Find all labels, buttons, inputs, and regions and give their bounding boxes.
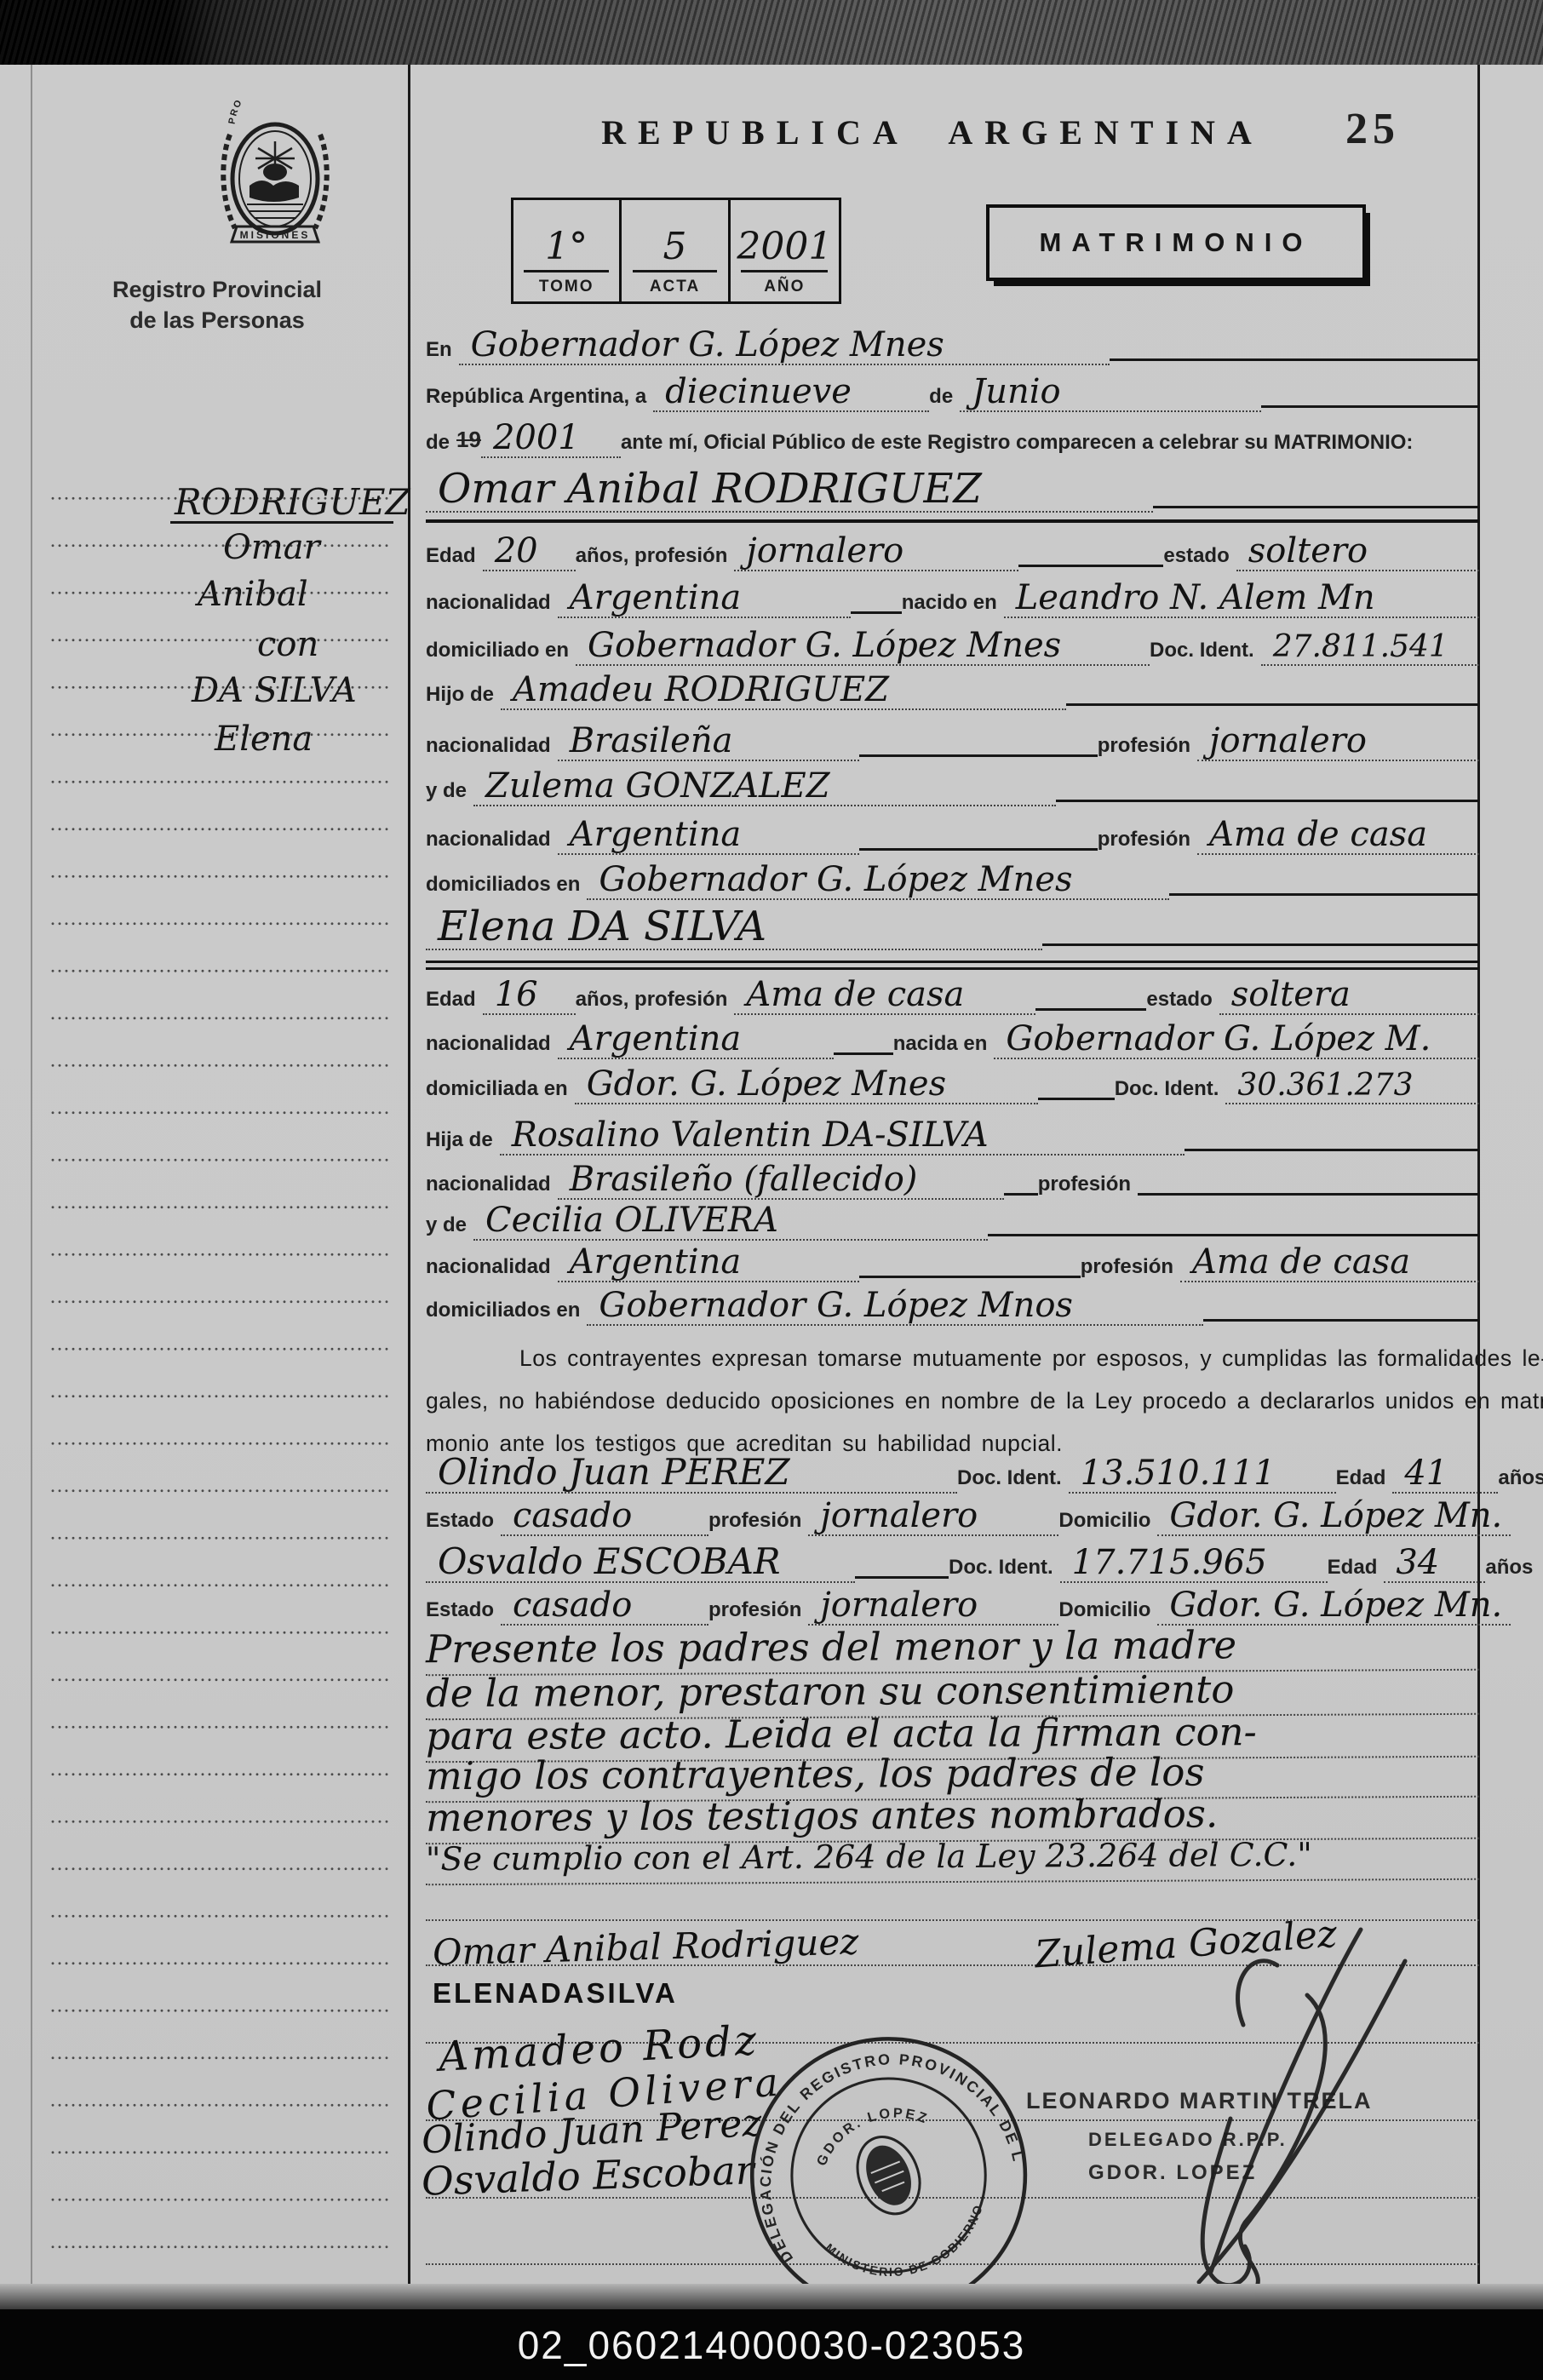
value-bride-age: 16	[483, 978, 576, 1015]
margin-index-name1: Omar	[223, 528, 320, 567]
margin-index-surname-groom: RODRIGUEZ	[175, 481, 410, 523]
label-nacionalidad: nacionalidad	[426, 1032, 558, 1059]
value-groom-father-nationality: Brasileña	[558, 724, 859, 761]
value-witness2-domicile: Gdor. G. López Mn.	[1157, 1588, 1511, 1626]
label-nacionalidad: nacionalidad	[426, 828, 558, 855]
row-bride-father-nationality: nacionalidad Brasileño (fallecido) profe…	[426, 1156, 1479, 1200]
label-doc-ident: Doc. Ident.	[949, 1556, 1060, 1583]
row-bride-domicile: domiciliada en Gdor. G. López Mnes Doc. …	[426, 1060, 1479, 1104]
row-bride-mother: y de Cecilia OLIVERA	[426, 1196, 1479, 1241]
row-witness1-name: Olindo Juan PEREZ Doc. Ident. 13.510.111…	[426, 1449, 1479, 1494]
row-bride-age: Edad 16 años, profesión Ama de casa esta…	[426, 971, 1479, 1015]
label-domiciliados-en: domiciliados en	[426, 1299, 587, 1326]
row-bride-nationality: nacionalidad Argentina nacida en Goberna…	[426, 1015, 1479, 1059]
label-de: de	[426, 431, 456, 458]
margin-index-name2: Anibal	[198, 575, 308, 614]
seal-banner-text: MISIONES	[240, 229, 311, 241]
label-profesion: profesión	[1098, 734, 1197, 761]
seal-landscape	[250, 181, 299, 202]
acta-cell: 5 ACTA	[622, 200, 730, 301]
fill-stroke	[859, 754, 1098, 757]
fill-stroke	[1018, 565, 1163, 567]
fill-stroke	[1110, 358, 1479, 361]
label-y-de: y de	[426, 779, 473, 806]
label-doc-ident: Doc. Ident.	[957, 1466, 1069, 1494]
page-fold-line	[31, 65, 32, 2284]
clause-line2: gales, no habiéndose deducido oposicione…	[426, 1388, 1479, 1414]
row-witness1-details: Estado casado profesión jornalero Domici…	[426, 1492, 1479, 1536]
label-edad: Edad	[426, 988, 483, 1015]
label-nacida-en: nacida en	[893, 1032, 995, 1059]
label-profesion: profesión	[1081, 1255, 1180, 1282]
label-nacionalidad: nacionalidad	[426, 1255, 558, 1282]
label-anos-profesion: años, profesión	[576, 988, 735, 1015]
label-estado-cap: Estado	[426, 1509, 501, 1536]
label-edad: Edad	[1336, 1466, 1393, 1494]
row-bride-parents-domicile: domiciliados en Gobernador G. López Mnos	[426, 1282, 1479, 1326]
ano-value: 2001	[741, 200, 828, 272]
label-anos: años	[1485, 1556, 1540, 1583]
page-number: 25	[1345, 104, 1400, 154]
row-bride-name: Elena DA SILVA	[426, 903, 1479, 950]
value-groom-doc: 27.811.541	[1261, 632, 1479, 666]
value-bride-parents-domicile: Gobernador G. López Mnos	[587, 1288, 1203, 1326]
tomo-label: TOMO	[539, 272, 594, 301]
label-estado: estado	[1163, 544, 1236, 571]
misiones-province-seal: PROVINCIA MISIONES	[211, 100, 339, 271]
row-groom-parents-domicile: domiciliados en Gobernador G. López Mnes	[426, 856, 1479, 900]
margin-index-con: con	[257, 625, 318, 664]
value-witness2-age: 34	[1384, 1546, 1485, 1583]
row-groom-father: Hijo de Amadeu RODRIGUEZ	[426, 666, 1479, 710]
value-witness2-name: Osvaldo ESCOBAR	[426, 1544, 855, 1583]
label-edad: Edad	[426, 544, 483, 571]
tomo-cell: 1° TOMO	[513, 200, 622, 301]
label-hija-de: Hija de	[426, 1128, 500, 1156]
value-groom-birthplace: Leandro N. Alem Mn	[1004, 581, 1479, 618]
label-domiciliada-en: domiciliada en	[426, 1077, 575, 1104]
value-bride-birthplace: Gobernador G. López M.	[994, 1022, 1479, 1059]
label-profesion: profesión	[708, 1509, 808, 1536]
value-groom-father-profession: jornalero	[1197, 724, 1479, 761]
clause-line1: Los contrayentes expresan tomarse mutuam…	[426, 1345, 1543, 1372]
label-nacionalidad: nacionalidad	[426, 734, 558, 761]
seal-arc-text: PROVINCIA	[227, 100, 277, 125]
value-month: Junio	[960, 375, 1261, 412]
closing-handwritten-quote: "Se cumplio con el Art. 264 de la Ley 23…	[426, 1832, 1479, 1885]
value-groom-name: Omar Anibal RODRIGUEZ	[426, 468, 1153, 513]
value-day: diecinueve	[653, 375, 929, 412]
registry-name-line2: de las Personas	[47, 305, 387, 335]
margin-divider-line	[408, 65, 410, 2284]
value-bride-father: Rosalino Valentin DA-SILVA	[500, 1118, 1184, 1156]
fill-stroke	[859, 848, 1098, 851]
fill-stroke	[1056, 800, 1479, 802]
fill-stroke	[1153, 506, 1479, 508]
row-witness2-name: Osvaldo ESCOBAR Doc. Ident. 17.715.965 E…	[426, 1539, 1479, 1583]
signature-bride: ELENADASILVA	[433, 1977, 678, 2010]
value-groom-profession: jornalero	[734, 534, 1018, 571]
page-edge-shadow	[0, 2284, 1543, 2309]
scan-top-background	[0, 0, 1543, 65]
value-bride-nationality: Argentina	[558, 1022, 834, 1059]
fill-stroke	[834, 1052, 893, 1055]
ano-cell: 2001 AÑO	[731, 200, 839, 301]
label-domicilio: Domicilio	[1058, 1509, 1157, 1536]
scan-id-text: 02_060214000030-023053	[518, 2322, 1026, 2368]
row-bride-father: Hija de Rosalino Valentin DA-SILVA	[426, 1111, 1479, 1156]
label-domicilio: Domicilio	[1058, 1598, 1157, 1626]
label-nacido-en: nacido en	[902, 591, 1004, 618]
fill-stroke	[1203, 1319, 1479, 1322]
row-groom-name: Omar Anibal RODRIGUEZ	[426, 463, 1479, 513]
label-y-de: y de	[426, 1213, 473, 1241]
value-bride-mother-profession: Ama de casa	[1180, 1245, 1479, 1282]
fill-stroke	[851, 611, 902, 614]
label-profesion: profesión	[708, 1598, 808, 1626]
label-en: En	[426, 338, 459, 365]
fill-stroke	[1004, 1193, 1038, 1196]
row-groom-father-nationality: nacionalidad Brasileña profesión jornale…	[426, 717, 1479, 761]
value-witness2-status: casado	[501, 1588, 708, 1626]
row-groom-mother: y de Zulema GONZALEZ	[426, 762, 1479, 806]
ano-label: AÑO	[764, 272, 805, 301]
label-doc-ident: Doc. Ident.	[1150, 639, 1261, 666]
acta-label: ACTA	[650, 272, 700, 301]
fill-stroke	[988, 1234, 1479, 1236]
row-witness2-details: Estado casado profesión jornalero Domici…	[426, 1581, 1479, 1626]
value-groom-mother: Zulema GONZALEZ	[473, 769, 1056, 806]
row-groom-mother-nationality: nacionalidad Argentina profesión Ama de …	[426, 811, 1479, 855]
fill-stroke	[859, 1276, 1081, 1278]
officer-signature-flourish	[1150, 1914, 1490, 2306]
section-divider-line	[426, 519, 1479, 523]
fill-stroke	[1169, 893, 1479, 896]
value-year: 2001	[481, 421, 621, 458]
page-title: REPUBLICA ARGENTINA	[443, 112, 1422, 152]
section-divider-line	[426, 967, 1479, 970]
value-witness1-status: casado	[501, 1499, 708, 1536]
acta-reference-table: 1° TOMO 5 ACTA 2001 AÑO	[511, 198, 841, 304]
label-hijo-de: Hijo de	[426, 683, 501, 710]
matrimonio-label: MATRIMONIO	[1040, 227, 1313, 258]
label-comparecen: ante mí, Oficial Público de este Registr…	[621, 431, 1420, 458]
row-groom-age: Edad 20 años, profesión jornalero estado…	[426, 527, 1479, 571]
margin-index-name-bride: Elena	[215, 720, 313, 759]
printed-year-struck: 19	[456, 427, 481, 458]
row-place: En Gobernador G. López Mnes	[426, 321, 1479, 365]
label-estado-cap: Estado	[426, 1598, 501, 1626]
value-witness1-domicile: Gdor. G. López Mn.	[1157, 1499, 1511, 1536]
fill-stroke	[1035, 1008, 1146, 1011]
fill-stroke	[855, 1576, 949, 1579]
row-groom-domicile: domiciliado en Gobernador G. López Mnes …	[426, 622, 1479, 666]
registry-name: Registro Provincial de las Personas	[47, 274, 387, 335]
value-bride-name: Elena DA SILVA	[426, 906, 1042, 950]
label-anos-profesion: años, profesión	[576, 544, 735, 571]
acta-value: 5	[633, 200, 717, 272]
value-groom-parents-domicile: Gobernador G. López Mnes	[587, 863, 1169, 900]
scan-footer-band: 02_060214000030-023053	[0, 2309, 1543, 2380]
value-witness1-doc: 13.510.111	[1069, 1456, 1336, 1494]
tomo-value: 1°	[524, 200, 608, 272]
value-bride-father-nationality: Brasileño (fallecido)	[558, 1162, 1004, 1200]
fill-stroke-empty-profession	[1138, 1193, 1479, 1196]
value-witness2-doc: 17.715.965	[1060, 1546, 1328, 1583]
label-nacionalidad: nacionalidad	[426, 591, 558, 618]
value-witness1-age: 41	[1392, 1456, 1498, 1494]
value-groom-age: 20	[483, 534, 576, 571]
label-domiciliado-en: domiciliado en	[426, 639, 576, 666]
value-groom-mother-profession: Ama de casa	[1197, 817, 1479, 855]
row-bride-mother-nationality: nacionalidad Argentina profesión Ama de …	[426, 1238, 1479, 1282]
svg-text:PROVINCIA: PROVINCIA	[227, 100, 277, 125]
fill-stroke	[1042, 943, 1479, 946]
matrimonio-box: MATRIMONIO	[986, 204, 1366, 281]
value-bride-mother-nationality: Argentina	[558, 1245, 859, 1282]
label-edad: Edad	[1328, 1556, 1385, 1583]
row-date: República Argentina, a diecinueve de Jun…	[426, 368, 1479, 412]
label-profesion: profesión	[1098, 828, 1197, 855]
section-divider-line	[426, 961, 1479, 963]
fill-stroke	[1184, 1149, 1479, 1151]
value-groom-status: soltero	[1236, 534, 1479, 571]
fill-stroke	[1038, 1098, 1115, 1100]
value-groom-mother-nationality: Argentina	[558, 817, 859, 855]
value-witness1-name: Olindo Juan PEREZ	[426, 1454, 957, 1494]
value-bride-mother: Cecilia OLIVERA	[473, 1203, 988, 1241]
margin-index-surname-bride: DA SILVA	[192, 671, 357, 710]
value-place: Gobernador G. López Mnes	[459, 328, 1110, 365]
value-groom-domicile: Gobernador G. López Mnes	[576, 628, 1150, 666]
label-republica: República Argentina, a	[426, 385, 653, 412]
value-groom-nationality: Argentina	[558, 581, 851, 618]
fill-stroke	[1066, 703, 1479, 706]
label-de: de	[929, 385, 960, 412]
value-witness2-profession: jornalero	[808, 1588, 1058, 1626]
label-anos: años	[1498, 1466, 1543, 1494]
registry-name-line1: Registro Provincial	[47, 274, 387, 305]
value-bride-profession: Ama de casa	[734, 978, 1035, 1015]
fill-stroke	[1261, 405, 1479, 408]
label-estado: estado	[1146, 988, 1219, 1015]
scanned-marriage-certificate: PROVINCIA MISIONES Registro Provincial d…	[0, 0, 1543, 2380]
label-domiciliados-en: domiciliados en	[426, 873, 587, 900]
value-witness1-profession: jornalero	[808, 1499, 1058, 1536]
value-bride-domicile: Gdor. G. López Mnes	[575, 1067, 1038, 1104]
row-groom-nationality: nacionalidad Argentina nacido en Leandro…	[426, 574, 1479, 618]
value-bride-status: soltera	[1219, 978, 1479, 1015]
row-year: de 19 2001 ante mí, Oficial Público de e…	[426, 417, 1479, 458]
value-groom-father: Amadeu RODRIGUEZ	[501, 673, 1066, 710]
label-doc-ident: Doc. Ident.	[1115, 1077, 1226, 1104]
value-bride-doc: 30.361.273	[1225, 1070, 1479, 1104]
